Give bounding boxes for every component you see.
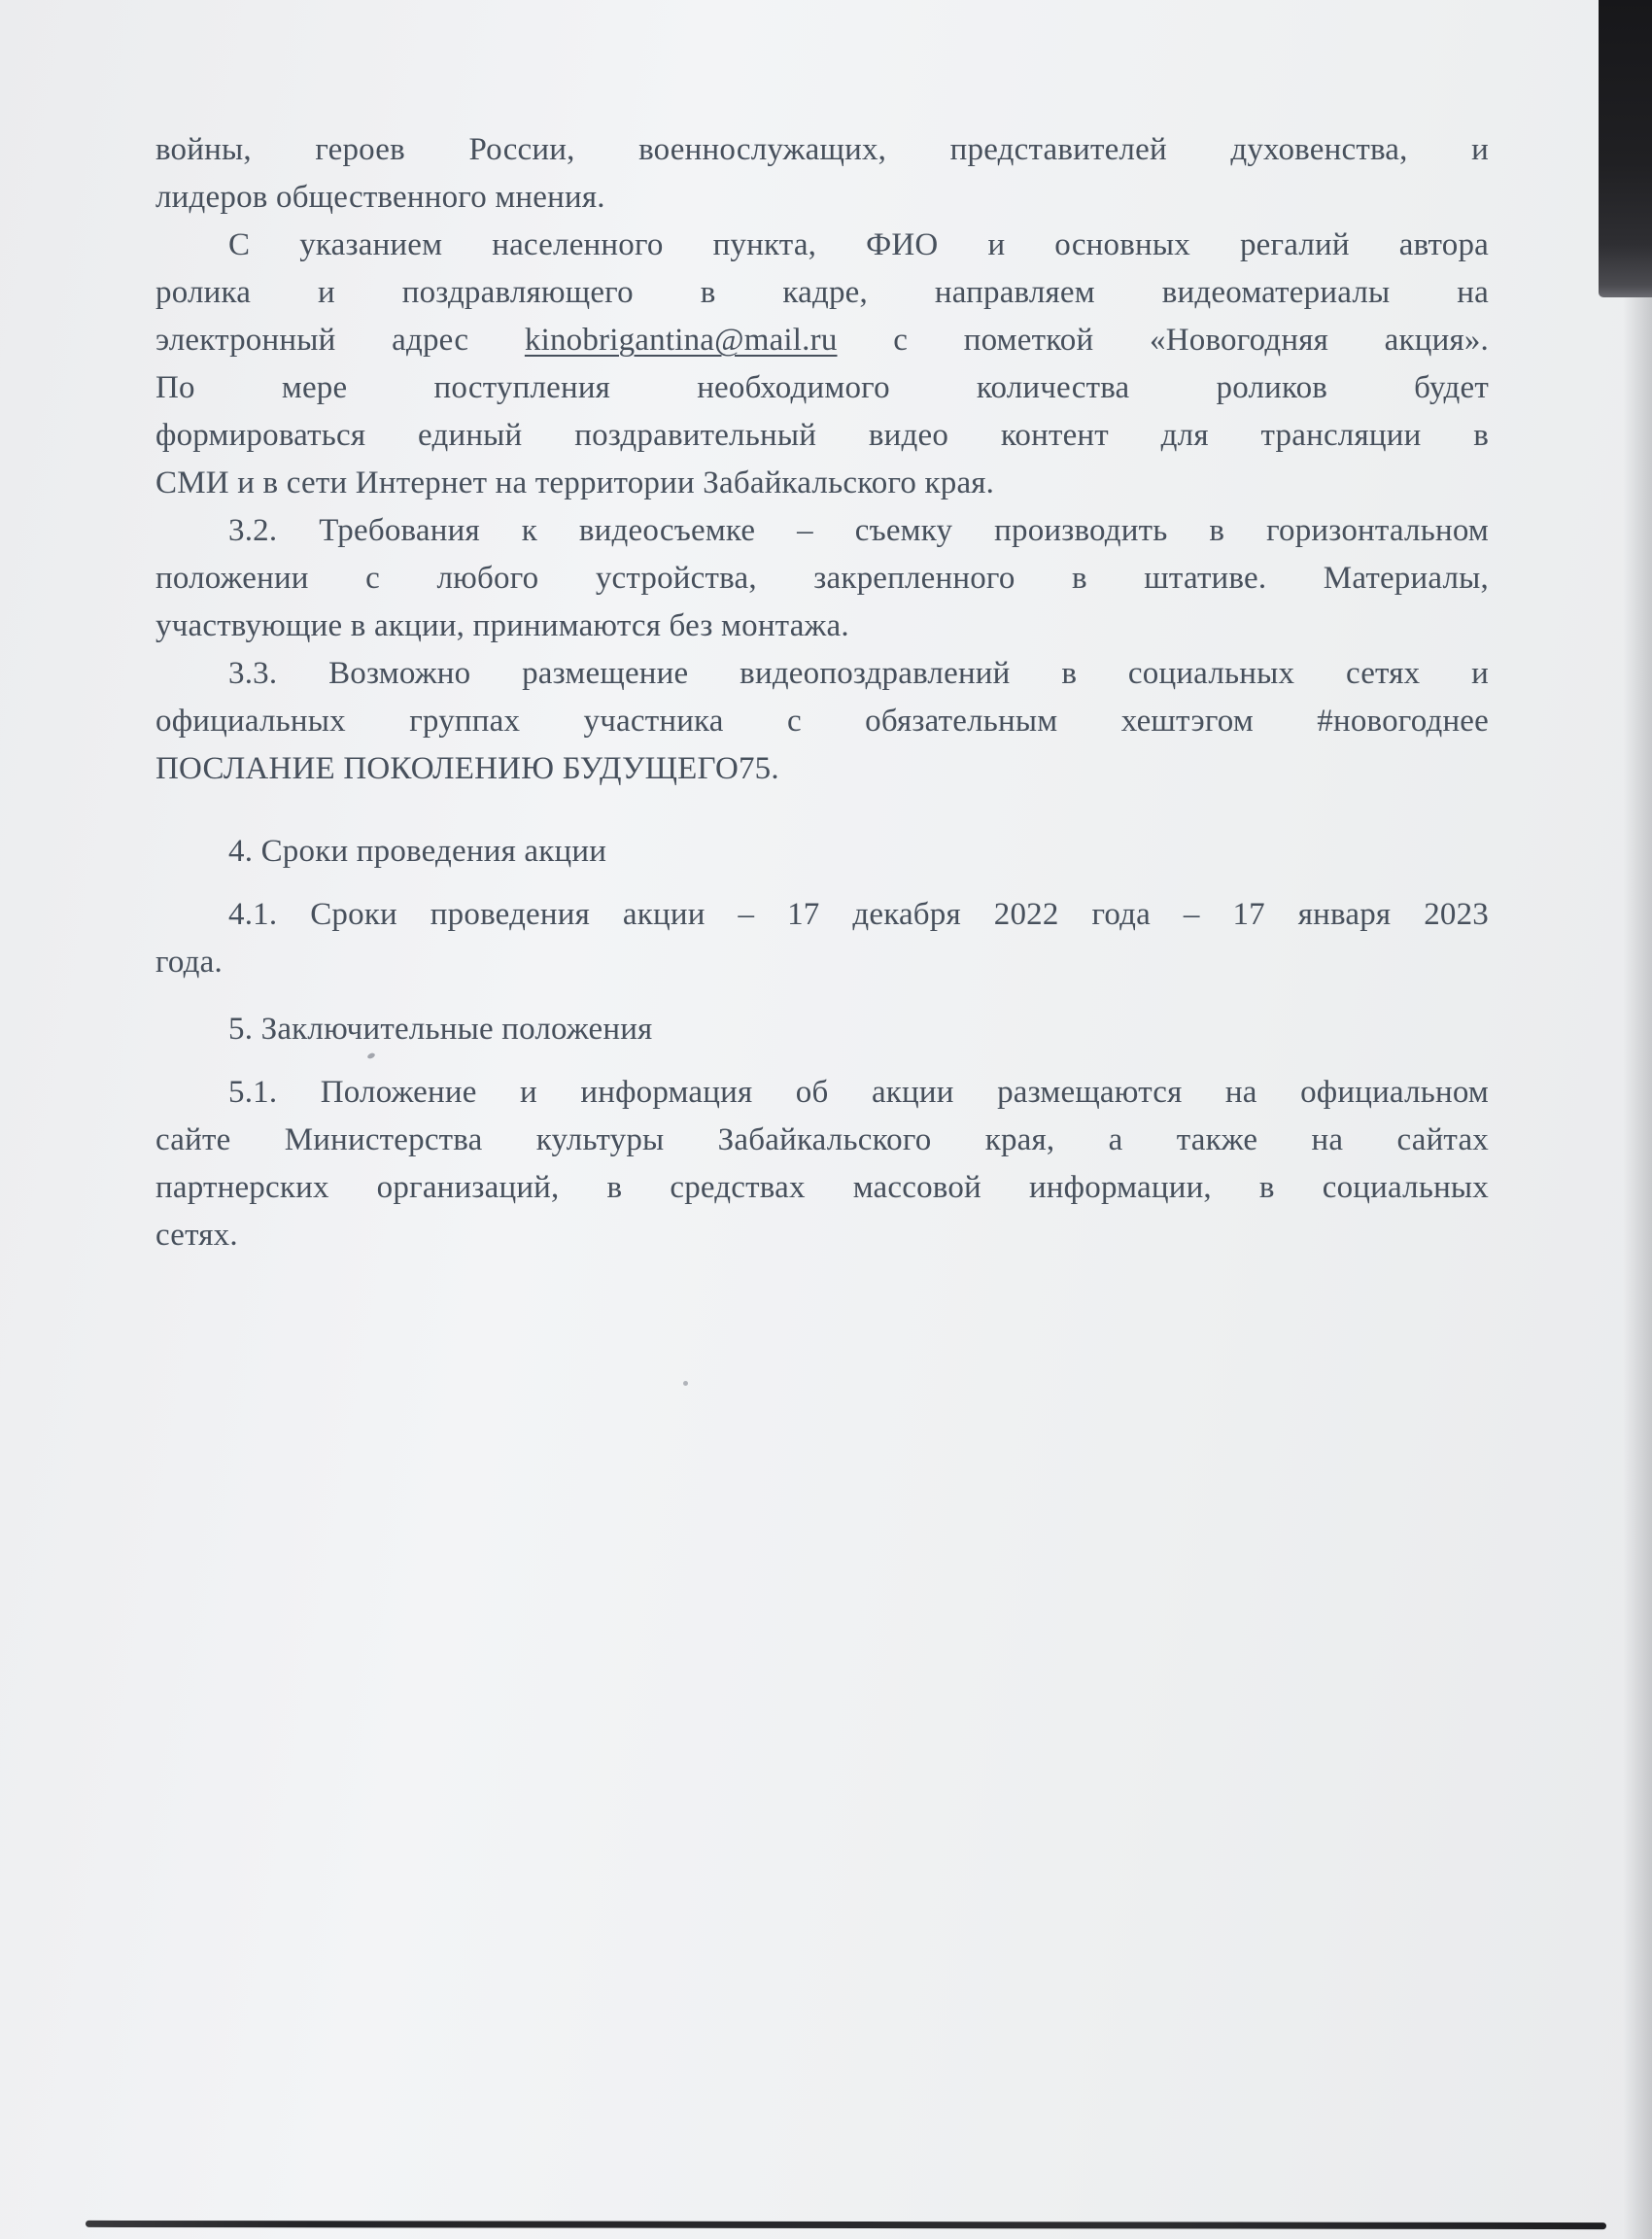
paragraph-3-3: 3.3. Возможно размещение видеопоздравлен… [155,650,1489,793]
paragraph-continuation: войны, героев России, военнослужащих, пр… [155,126,1489,222]
text-segment: электронный адрес [155,323,525,358]
text-line: войны, героев России, военнослужащих, пр… [155,126,1489,174]
text-line: ПОСЛАНИЕ ПОКОЛЕНИЮ БУДУЩЕГО75. [155,745,1489,793]
text-line: официальных группах участника с обязател… [155,698,1489,745]
paragraph-3-2: 3.2. Требования к видеосъемке – съемку п… [155,507,1489,650]
paragraph-video-submission: С указанием населенного пункта, ФИО и ос… [155,222,1489,507]
text-line: 4.1. Сроки проведения акции – 17 декабря… [155,891,1489,939]
scan-edge-shadow [1623,0,1652,2239]
scanned-document-page: войны, героев России, военнослужащих, пр… [0,0,1652,2239]
text-line: 5.1. Положение и информация об акции раз… [155,1069,1489,1117]
section-heading-4: 4. Сроки проведения акции [155,828,1489,876]
text-line: 3.3. Возможно размещение видеопоздравлен… [155,650,1489,698]
heading-line: 4. Сроки проведения акции [155,828,1489,876]
text-line: лидеров общественного мнения. [155,174,1489,222]
scan-corner-bar-artifact [1599,0,1652,297]
document-text: войны, героев России, военнослужащих, пр… [155,126,1489,1259]
text-line: По мере поступления необходимого количес… [155,364,1489,412]
text-line: С указанием населенного пункта, ФИО и ос… [155,222,1489,269]
text-line-with-email: электронный адрес kinobrigantina@mail.ru… [155,317,1489,364]
text-line: 3.2. Требования к видеосъемке – съемку п… [155,507,1489,555]
section-heading-5: 5. Заключительные положения [155,1006,1489,1053]
text-line: года. [155,939,1489,986]
text-line: сетях. [155,1212,1489,1259]
text-line: сайте Министерства культуры Забайкальско… [155,1117,1489,1164]
text-line: ролика и поздравляющего в кадре, направл… [155,269,1489,317]
scan-speck-artifact [683,1381,688,1386]
scan-bottom-line-artifact [86,2221,1606,2229]
text-line: партнерских организаций, в средствах мас… [155,1164,1489,1212]
paragraph-5-1: 5.1. Положение и информация об акции раз… [155,1069,1489,1259]
email-address: kinobrigantina@mail.ru [525,323,838,358]
text-segment: с пометкой «Новогодняя акция». [838,323,1489,358]
heading-line: 5. Заключительные положения [155,1006,1489,1053]
paragraph-4-1: 4.1. Сроки проведения акции – 17 декабря… [155,891,1489,986]
text-line: формироваться единый поздравительный вид… [155,412,1489,460]
text-line: положении с любого устройства, закреплен… [155,555,1489,603]
text-line: СМИ и в сети Интернет на территории Заба… [155,460,1489,507]
text-line: участвующие в акции, принимаются без мон… [155,603,1489,650]
